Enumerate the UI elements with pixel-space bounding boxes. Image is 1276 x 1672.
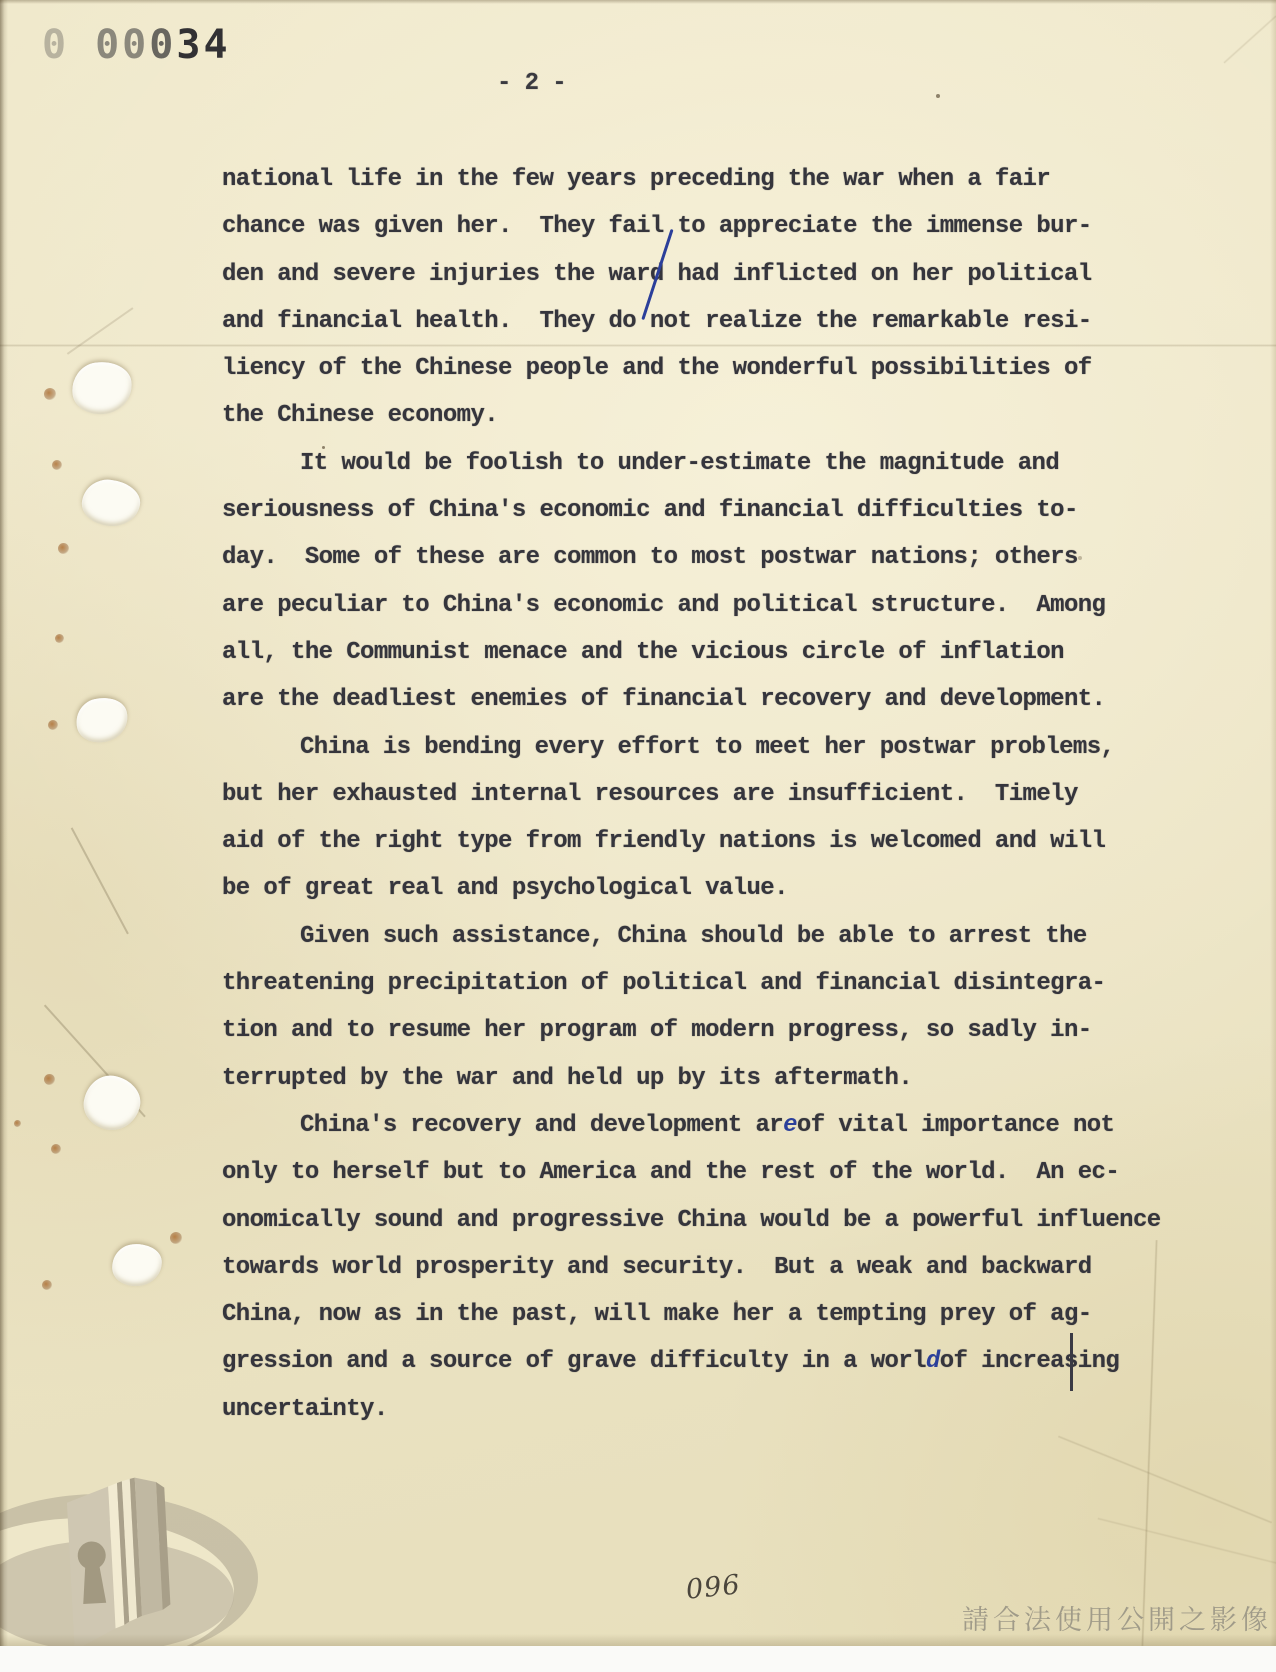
typed-text: aid of the right type from friendly nati…: [222, 828, 1105, 855]
typed-line: den and severe injuries the ward had inf…: [222, 251, 1161, 298]
typed-text: den and severe injuries the war: [222, 261, 650, 288]
typed-text: towards world prosperity and security. B…: [222, 1254, 1092, 1281]
page-edge-shadow: [0, 0, 8, 1646]
typed-text: are peculiar to China's economic and pol…: [222, 592, 1105, 619]
ink-correction: e: [783, 1112, 797, 1139]
typed-line: are peculiar to China's economic and pol…: [222, 582, 1161, 629]
paper-damage-spot: [110, 1242, 164, 1289]
typed-line: Given such assistance, China should be a…: [222, 913, 1161, 960]
document-page: 000034 - 2 - national life in the few ye…: [0, 0, 1276, 1646]
ink-correction: s: [1064, 1338, 1078, 1385]
typed-text: ing: [1078, 1348, 1119, 1375]
typed-text: national life in the few years preceding…: [222, 166, 1050, 193]
typed-text: tion and to resume her program of modern…: [222, 1017, 1092, 1044]
rust-stain: [170, 1232, 182, 1244]
archive-logo: [0, 1470, 260, 1646]
typed-line: be of great real and psychological value…: [222, 865, 1161, 912]
typed-text: be of great real and psychological value…: [222, 875, 788, 902]
typed-line: It would be foolish to under-estimate th…: [222, 440, 1161, 487]
typed-text: liency of the Chinese people and the won…: [222, 355, 1092, 382]
typed-line: China is bending every effort to meet he…: [222, 724, 1161, 771]
crease-line: [1097, 1517, 1276, 1566]
typed-text: of increa: [940, 1348, 1064, 1375]
typed-text: threatening precipitation of political a…: [222, 970, 1105, 997]
paper-damage-spot: [71, 692, 132, 747]
typed-line: towards world prosperity and security. B…: [222, 1244, 1161, 1291]
stamp-digit: 00: [95, 22, 149, 68]
typed-text: China, now as in the past, will make her…: [222, 1301, 1092, 1328]
typed-text: and financial health. They do not realiz…: [222, 308, 1092, 335]
typed-text: of vital importance not: [797, 1112, 1114, 1139]
ink-correction: d: [926, 1348, 940, 1375]
typed-line: are the deadliest enemies of financial r…: [222, 676, 1161, 723]
ink-correction: d: [650, 251, 664, 298]
typed-text: seriousness of China's economic and fina…: [222, 497, 1078, 524]
typed-line: China, now as in the past, will make her…: [222, 1291, 1161, 1338]
rust-stain: [42, 1280, 52, 1290]
rust-stain: [44, 388, 56, 400]
typed-text: day. Some of these are common to most po…: [222, 544, 1078, 571]
scanned-document: 000034 - 2 - national life in the few ye…: [0, 0, 1276, 1672]
crease-line: [1058, 1435, 1272, 1524]
scanner-background: [0, 1646, 1276, 1672]
typed-line: China's recovery and development areof v…: [222, 1102, 1161, 1149]
typed-text: the Chinese economy.: [222, 402, 498, 429]
typed-line: seriousness of China's economic and fina…: [222, 487, 1161, 534]
typed-text: China is bending every effort to meet he…: [300, 734, 1114, 761]
typed-line: liency of the Chinese people and the won…: [222, 345, 1161, 392]
typed-text: It would be foolish to under-estimate th…: [300, 450, 1059, 477]
typed-text: China's recovery and development ar: [300, 1112, 783, 1139]
paper-damage-spot: [69, 358, 136, 418]
typed-text: Given such assistance, China should be a…: [300, 923, 1087, 950]
stamp-digit: 0: [149, 22, 176, 68]
typed-text: only to herself but to America and the r…: [222, 1159, 1119, 1186]
scratch-mark: [67, 307, 133, 354]
stamp-digit: 0: [42, 22, 69, 68]
rust-stain: [14, 1120, 21, 1127]
rust-stain: [51, 1144, 61, 1154]
crease-line: [1223, 15, 1276, 64]
ink-speck: [936, 94, 940, 98]
rust-stain: [52, 460, 62, 470]
typed-line: only to herself but to America and the r…: [222, 1149, 1161, 1196]
typed-text: had inflicted on her political: [664, 261, 1092, 288]
typed-text: onomically sound and progressive China w…: [222, 1207, 1161, 1234]
rust-stain: [55, 634, 64, 643]
page-number: - 2 -: [497, 70, 566, 97]
archive-stamp: 000034: [42, 22, 231, 68]
paper-damage-spot: [80, 477, 142, 529]
scratch-mark: [71, 827, 129, 934]
typed-line: and financial health. They do not realiz…: [222, 298, 1161, 345]
typed-text: chance was given her. They fail to appre…: [222, 213, 1092, 240]
typed-text: are the deadliest enemies of financial r…: [222, 686, 1105, 713]
typed-line: onomically sound and progressive China w…: [222, 1197, 1161, 1244]
typed-text: uncertainty.: [222, 1396, 388, 1423]
typed-body: national life in the few years preceding…: [222, 156, 1161, 1433]
paper-damage-spot: [80, 1072, 145, 1135]
typed-line: gression and a source of grave difficult…: [222, 1338, 1161, 1385]
typed-line: threatening precipitation of political a…: [222, 960, 1161, 1007]
stamp-digit: 34: [176, 22, 230, 68]
typed-line: but her exhausted internal resources are…: [222, 771, 1161, 818]
typed-text: terrupted by the war and held up by its …: [222, 1065, 912, 1092]
page-edge-shadow: [1270, 0, 1276, 1646]
typed-line: day. Some of these are common to most po…: [222, 534, 1161, 581]
typed-line: the Chinese economy.: [222, 392, 1161, 439]
page-edge-shadow: [0, 0, 1276, 4]
typed-line: chance was given her. They fail to appre…: [222, 203, 1161, 250]
typed-line: uncertainty.: [222, 1386, 1161, 1433]
typed-line: all, the Communist menace and the viciou…: [222, 629, 1161, 676]
typed-line: aid of the right type from friendly nati…: [222, 818, 1161, 865]
rust-stain: [44, 1074, 55, 1085]
rust-stain: [48, 720, 58, 730]
folio-number: 096: [685, 1569, 742, 1606]
rust-stain: [58, 543, 69, 554]
typed-line: national life in the few years preceding…: [222, 156, 1161, 203]
typed-line: terrupted by the war and held up by its …: [222, 1055, 1161, 1102]
typed-line: tion and to resume her program of modern…: [222, 1007, 1161, 1054]
typed-text: but her exhausted internal resources are…: [222, 781, 1078, 808]
copyright-watermark: 請合法使用公開之影像: [962, 1598, 1272, 1637]
typed-text: all, the Communist menace and the viciou…: [222, 639, 1064, 666]
typed-text: gression and a source of grave difficult…: [222, 1348, 926, 1375]
